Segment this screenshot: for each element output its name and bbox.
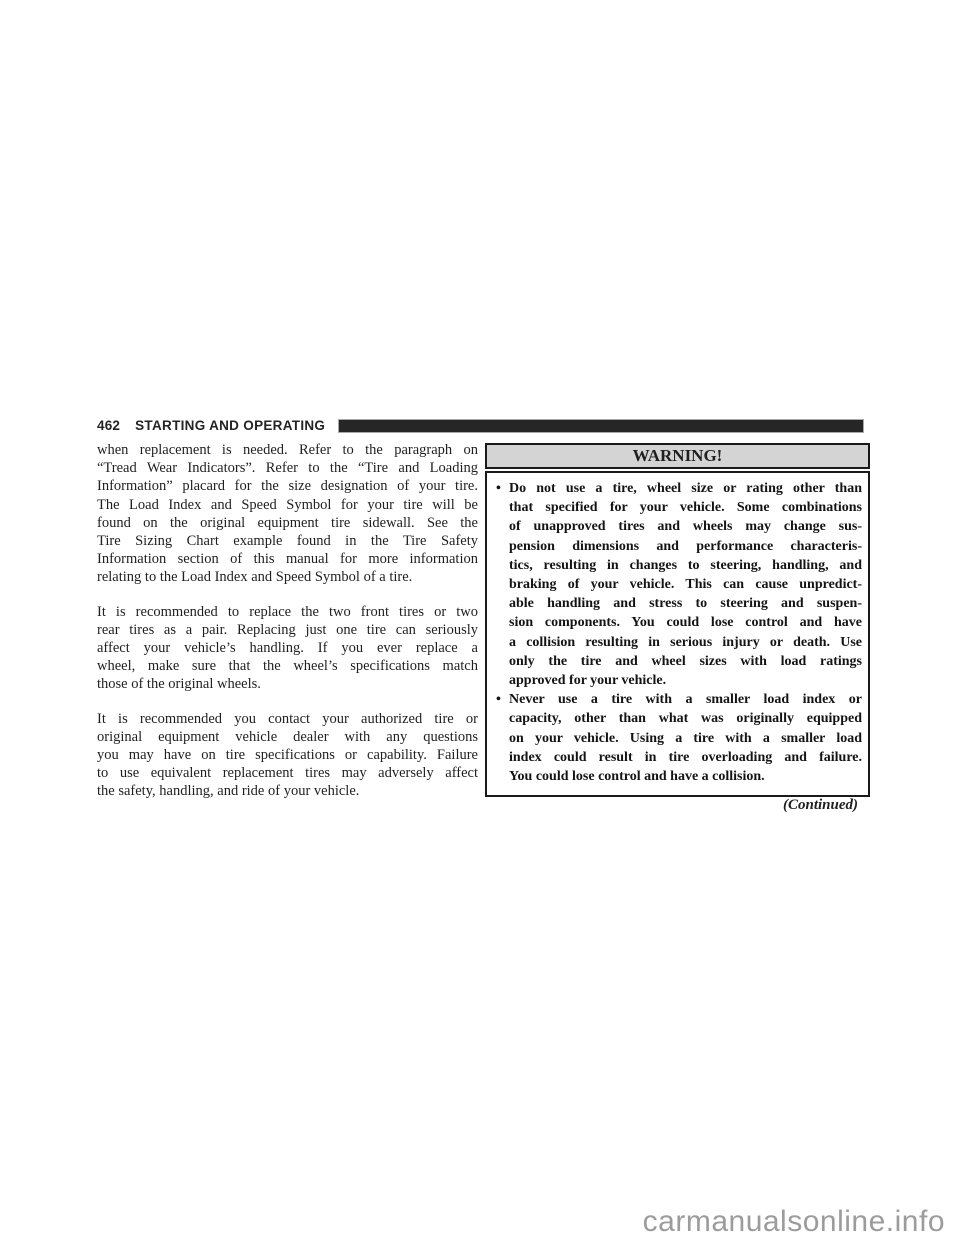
warning-box: WARNING! •Do not use a tire, wheel size … [485,443,870,797]
text-line: wheel, make sure that the wheel’s specif… [97,657,478,675]
bullet-icon: • [496,690,501,709]
text-line: It is recommended you contact your autho… [97,710,478,728]
text-line: a collision resulting in serious injury … [509,633,862,652]
section-title: STARTING AND OPERATING [135,418,325,433]
continued-label: (Continued) [783,797,858,814]
warning-body: •Do not use a tire, wheel size or rating… [485,471,870,797]
text-line: you may have on tire specifications or c… [97,746,478,764]
text-line: “Tread Wear Indicators”. Refer to the “T… [97,459,478,477]
running-header: 462 STARTING AND OPERATING [97,418,864,433]
watermark-text: carmanualsonline.info [643,1205,945,1239]
text-line: able handling and stress to steering and… [509,594,862,613]
text-line: tics, resulting in changes to steering, … [509,556,862,575]
text-line: Never use a tire with a smaller load ind… [509,690,862,709]
text-line: Information” placard for the size design… [97,477,478,495]
text-line: affect your vehicle’s handling. If you e… [97,639,478,657]
text-line: braking of your vehicle. This can cause … [509,575,862,594]
bullet-icon: • [496,479,501,498]
text-line: on your vehicle. Using a tire with a sma… [509,729,862,748]
manual-page: 462 STARTING AND OPERATING when replacem… [0,0,960,1242]
text-line: relating to the Load Index and Speed Sym… [97,568,478,586]
text-line: Information section of this manual for m… [97,550,478,568]
text-line: when replacement is needed. Refer to the… [97,441,478,459]
text-line: Tire Sizing Chart example found in the T… [97,532,478,550]
header-rule-bar [338,419,864,433]
paragraph: when replacement is needed. Refer to the… [97,441,478,587]
text-line: sion components. You could lose control … [509,613,862,632]
text-line: index could result in tire overloading a… [509,748,862,767]
text-line: You could lose control and have a collis… [509,767,862,786]
text-line: It is recommended to replace the two fro… [97,603,478,621]
paragraph: It is recommended to replace the two fro… [97,603,478,694]
text-line: the safety, handling, and ride of your v… [97,782,478,800]
warning-bullet: •Do not use a tire, wheel size or rating… [495,479,862,690]
text-line: rear tires as a pair. Replacing just one… [97,621,478,639]
paragraph: It is recommended you contact your autho… [97,710,478,801]
page-number: 462 [97,418,120,433]
article-paragraphs: when replacement is needed. Refer to the… [97,441,478,817]
text-line: those of the original wheels. [97,675,478,693]
text-line: of unapproved tires and wheels may chang… [509,517,862,536]
warning-title: WARNING! [485,443,870,469]
text-line: original equipment vehicle dealer with a… [97,728,478,746]
text-line: capacity, other than what was originally… [509,709,862,728]
warning-bullet: •Never use a tire with a smaller load in… [495,690,862,786]
text-line: The Load Index and Speed Symbol for your… [97,496,478,514]
text-line: Do not use a tire, wheel size or rating … [509,479,862,498]
text-line: only the tire and wheel sizes with load … [509,652,862,671]
text-line: pension dimensions and performance chara… [509,537,862,556]
text-line: that specified for your vehicle. Some co… [509,498,862,517]
text-line: to use equivalent replacement tires may … [97,764,478,782]
text-line: approved for your vehicle. [509,671,862,690]
text-line: found on the original equipment tire sid… [97,514,478,532]
